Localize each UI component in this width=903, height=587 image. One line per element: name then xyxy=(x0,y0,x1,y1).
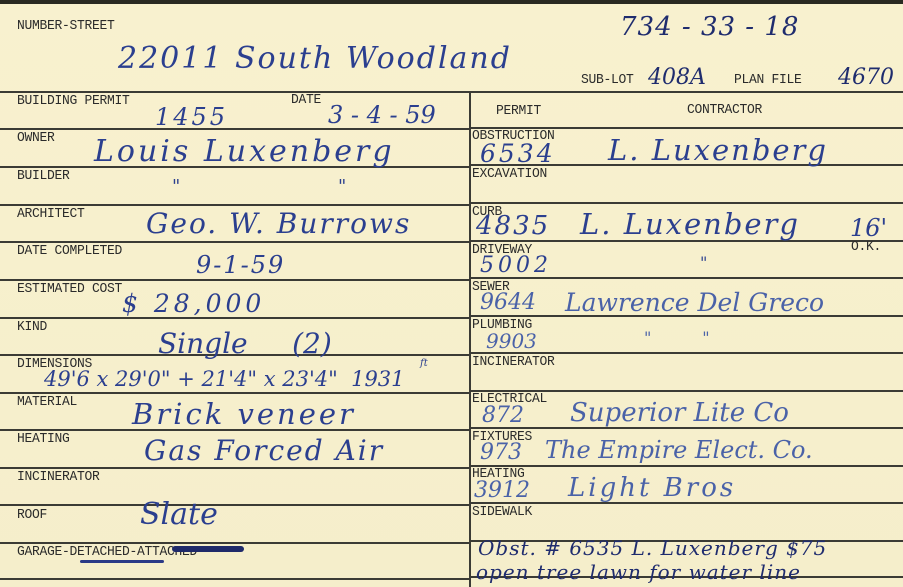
builder-label: BUILDER xyxy=(17,168,70,183)
parcel-number: 734 - 33 - 18 xyxy=(620,14,799,40)
rule-line xyxy=(470,202,903,204)
plan-file-label: PLAN FILE xyxy=(734,72,802,87)
garage-label: GARAGE-DETACHED-ATTACHED xyxy=(17,544,197,559)
sub-lot-value: 408A xyxy=(648,67,706,89)
sub-lot-label: SUB-LOT xyxy=(581,72,634,87)
estimated-cost-value: $ 28,000 xyxy=(122,291,265,316)
kind-value: Single (2) xyxy=(158,330,332,358)
heating-value: Gas Forced Air xyxy=(144,437,384,465)
rule-line xyxy=(0,504,470,506)
curb-note: 16' xyxy=(850,216,887,240)
permit-column-header: PERMIT xyxy=(496,103,541,118)
obstruction-permit: 6534 xyxy=(480,141,556,166)
date-label: DATE xyxy=(291,92,321,107)
remarks-line-2: open tree lawn for water line xyxy=(476,562,801,582)
sidewalk-label: SIDEWALK xyxy=(472,504,532,519)
electrical-contractor: Superior Lite Co xyxy=(570,400,789,426)
material-label: MATERIAL xyxy=(17,394,77,409)
owner-value: Louis Luxenberg xyxy=(94,137,395,167)
detached-underline xyxy=(80,560,164,563)
driveway-note: O.K. xyxy=(851,239,881,254)
incinerator-right-label: INCINERATOR xyxy=(472,354,555,369)
material-value: Brick veneer xyxy=(132,400,356,429)
architect-label: ARCHITECT xyxy=(17,206,85,221)
date-completed-label: DATE COMPLETED xyxy=(17,243,122,258)
curb-permit: 4835 xyxy=(476,213,550,239)
owner-label: OWNER xyxy=(17,130,55,145)
plan-file-value: 4670 xyxy=(838,67,894,89)
rule-line xyxy=(0,91,903,93)
architect-value: Geo. W. Burrows xyxy=(146,210,411,238)
address-value: 22011 South Woodland xyxy=(118,44,512,74)
plumbing-permit: 9903 xyxy=(486,331,537,351)
fixtures-contractor: The Empire Elect. Co. xyxy=(545,438,813,462)
rule-line xyxy=(470,465,903,467)
heating-label: HEATING xyxy=(17,431,70,446)
rule-line xyxy=(0,578,470,580)
builder-ditto-2: " xyxy=(338,178,346,196)
electrical-permit: 872 xyxy=(482,405,524,427)
plumbing-contractor: " " xyxy=(644,330,710,346)
roof-label: ROOF xyxy=(17,507,47,522)
dimensions-value: 49'6 x 29'0" + 21'4" x 23'4" 1931 xyxy=(44,369,405,390)
building-permit-value: 1455 xyxy=(155,105,228,129)
permit-card: NUMBER-STREET 22011 South Woodland 734 -… xyxy=(0,0,903,587)
estimated-cost-label: ESTIMATED COST xyxy=(17,281,122,296)
kind-label: KIND xyxy=(17,319,47,334)
attached-strikeout xyxy=(172,546,244,552)
date-completed-value: 9-1-59 xyxy=(196,253,285,277)
garage-label-detached: DETACHED xyxy=(70,543,130,559)
sewer-contractor: Lawrence Del Greco xyxy=(565,290,824,315)
dimensions-note: ft xyxy=(420,359,428,369)
remarks-line-1: Obst. # 6535 L. Luxenberg $75 xyxy=(478,538,827,558)
sewer-permit: 9644 xyxy=(480,292,536,314)
driveway-contractor: " xyxy=(700,255,707,271)
garage-label-prefix: GARAGE- xyxy=(17,543,70,559)
roof-value: Slate xyxy=(140,500,218,530)
column-divider xyxy=(469,91,471,587)
curb-contractor: L. Luxenberg xyxy=(580,210,800,239)
fixtures-permit: 973 xyxy=(480,442,522,464)
builder-ditto-1: " xyxy=(172,178,180,196)
incinerator-label: INCINERATOR xyxy=(17,469,100,484)
obstruction-contractor: L. Luxenberg xyxy=(608,136,828,165)
heating-right-contractor: Light Bros xyxy=(568,475,736,501)
number-street-label: NUMBER-STREET xyxy=(17,18,115,33)
driveway-permit: 5002 xyxy=(480,255,552,277)
date-value: 3 - 4 - 59 xyxy=(328,103,436,127)
garage-label-dash: -A xyxy=(130,543,145,559)
building-permit-label: BUILDING PERMIT xyxy=(17,93,130,108)
heating-right-permit: 3912 xyxy=(474,480,530,502)
contractor-column-header: CONTRACTOR xyxy=(687,102,762,117)
excavation-label: EXCAVATION xyxy=(472,166,547,181)
